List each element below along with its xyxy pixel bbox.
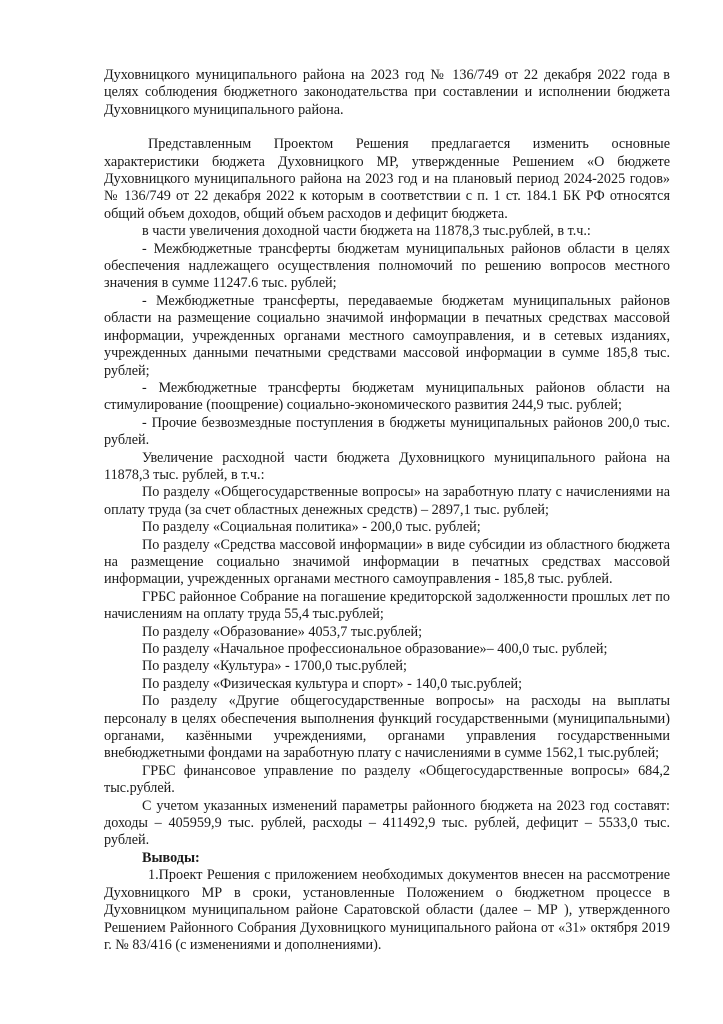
- paragraph-expense-item: По разделу «Образование» 4053,7 тыс.рубл…: [104, 624, 670, 641]
- paragraph-expense-item: ГРБС финансовое управление по разделу «О…: [104, 763, 670, 798]
- paragraph-income-item: - Прочие безвозмездные поступления в бюд…: [104, 415, 670, 450]
- paragraph-expense-item: По разделу «Социальная политика» - 200,0…: [104, 519, 670, 536]
- paragraph-expense-item: ГРБС районное Собрание на погашение кред…: [104, 589, 670, 624]
- paragraph-proposal: Представленным Проектом Решения предлага…: [104, 136, 670, 223]
- paragraph-income-item: - Межбюджетные трансферты, передаваемые …: [104, 293, 670, 380]
- paragraph-expense-increase: Увеличение расходной части бюджета Духов…: [104, 450, 670, 485]
- paragraph-intro-tail: Духовницкого муниципального района на 20…: [104, 67, 670, 119]
- paragraph-income-increase: в части увеличения доходной части бюджет…: [104, 223, 670, 240]
- paragraph-expense-item: По разделу «Культура» - 1700,0 тыс.рубле…: [104, 658, 670, 675]
- document-page: Духовницкого муниципального района на 20…: [104, 67, 670, 954]
- paragraph-expense-item: По разделу «Начальное профессиональное о…: [104, 641, 670, 658]
- paragraph-expense-item: По разделу «Общегосударственные вопросы»…: [104, 484, 670, 519]
- conclusions-heading: Выводы:: [104, 850, 670, 867]
- paragraph-expense-item: По разделу «Другие общегосударственные в…: [104, 693, 670, 763]
- paragraph-income-item: - Межбюджетные трансферты бюджетам муниц…: [104, 241, 670, 293]
- paragraph-expense-item: По разделу «Средства массовой информации…: [104, 537, 670, 589]
- paragraph-expense-item: По разделу «Физическая культура и спорт»…: [104, 676, 670, 693]
- paragraph-conclusion: 1.Проект Решения с приложением необходим…: [104, 867, 670, 954]
- paragraph-summary: С учетом указанных изменений параметры р…: [104, 798, 670, 850]
- paragraph-income-item: - Межбюджетные трансферты бюджетам муниц…: [104, 380, 670, 415]
